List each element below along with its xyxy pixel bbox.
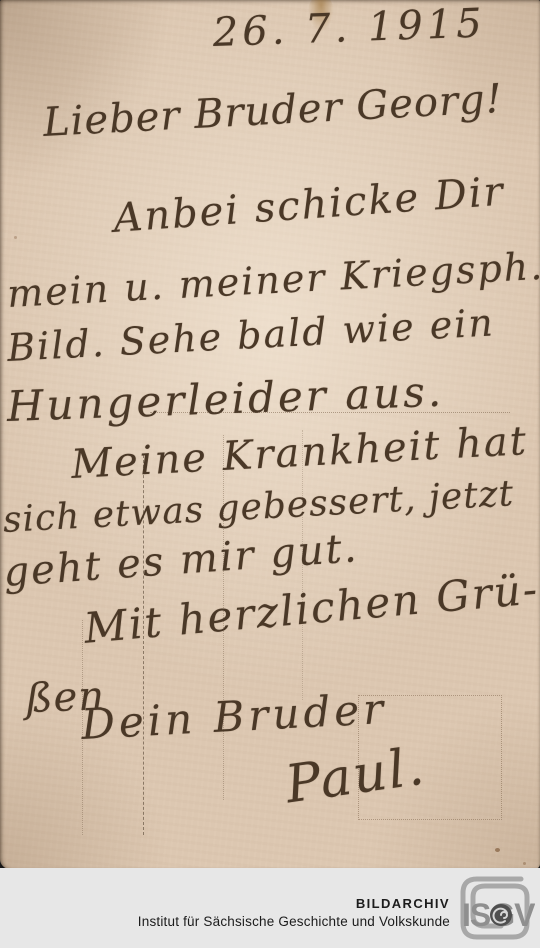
archive-credit: BILDARCHIV Institut für Sächsische Gesch… — [138, 896, 450, 930]
paper-speck — [523, 862, 526, 865]
archive-name: BILDARCHIV — [138, 896, 450, 911]
postcard-paper: 26. 7. 1915 Lieber Bruder Georg! Anbei s… — [0, 0, 540, 869]
paper-speck — [495, 848, 500, 852]
salutation-line: Lieber Bruder Georg! — [42, 76, 504, 146]
isgv-logo: ISGV — [457, 873, 535, 945]
paper-speck — [14, 236, 17, 239]
date-line: 26. 7. 1915 — [212, 0, 486, 56]
scanned-postcard-page: 26. 7. 1915 Lieber Bruder Georg! Anbei s… — [0, 0, 540, 948]
institute-name: Institut für Sächsische Geschichte und V… — [138, 913, 450, 930]
archive-footer: BILDARCHIV Institut für Sächsische Gesch… — [0, 868, 540, 948]
sender-line: Dein Bruder — [80, 684, 388, 749]
handwriting-line: Anbei schicke Dir — [112, 169, 506, 242]
handwriting-line: Hungerleider aus. — [6, 367, 445, 431]
